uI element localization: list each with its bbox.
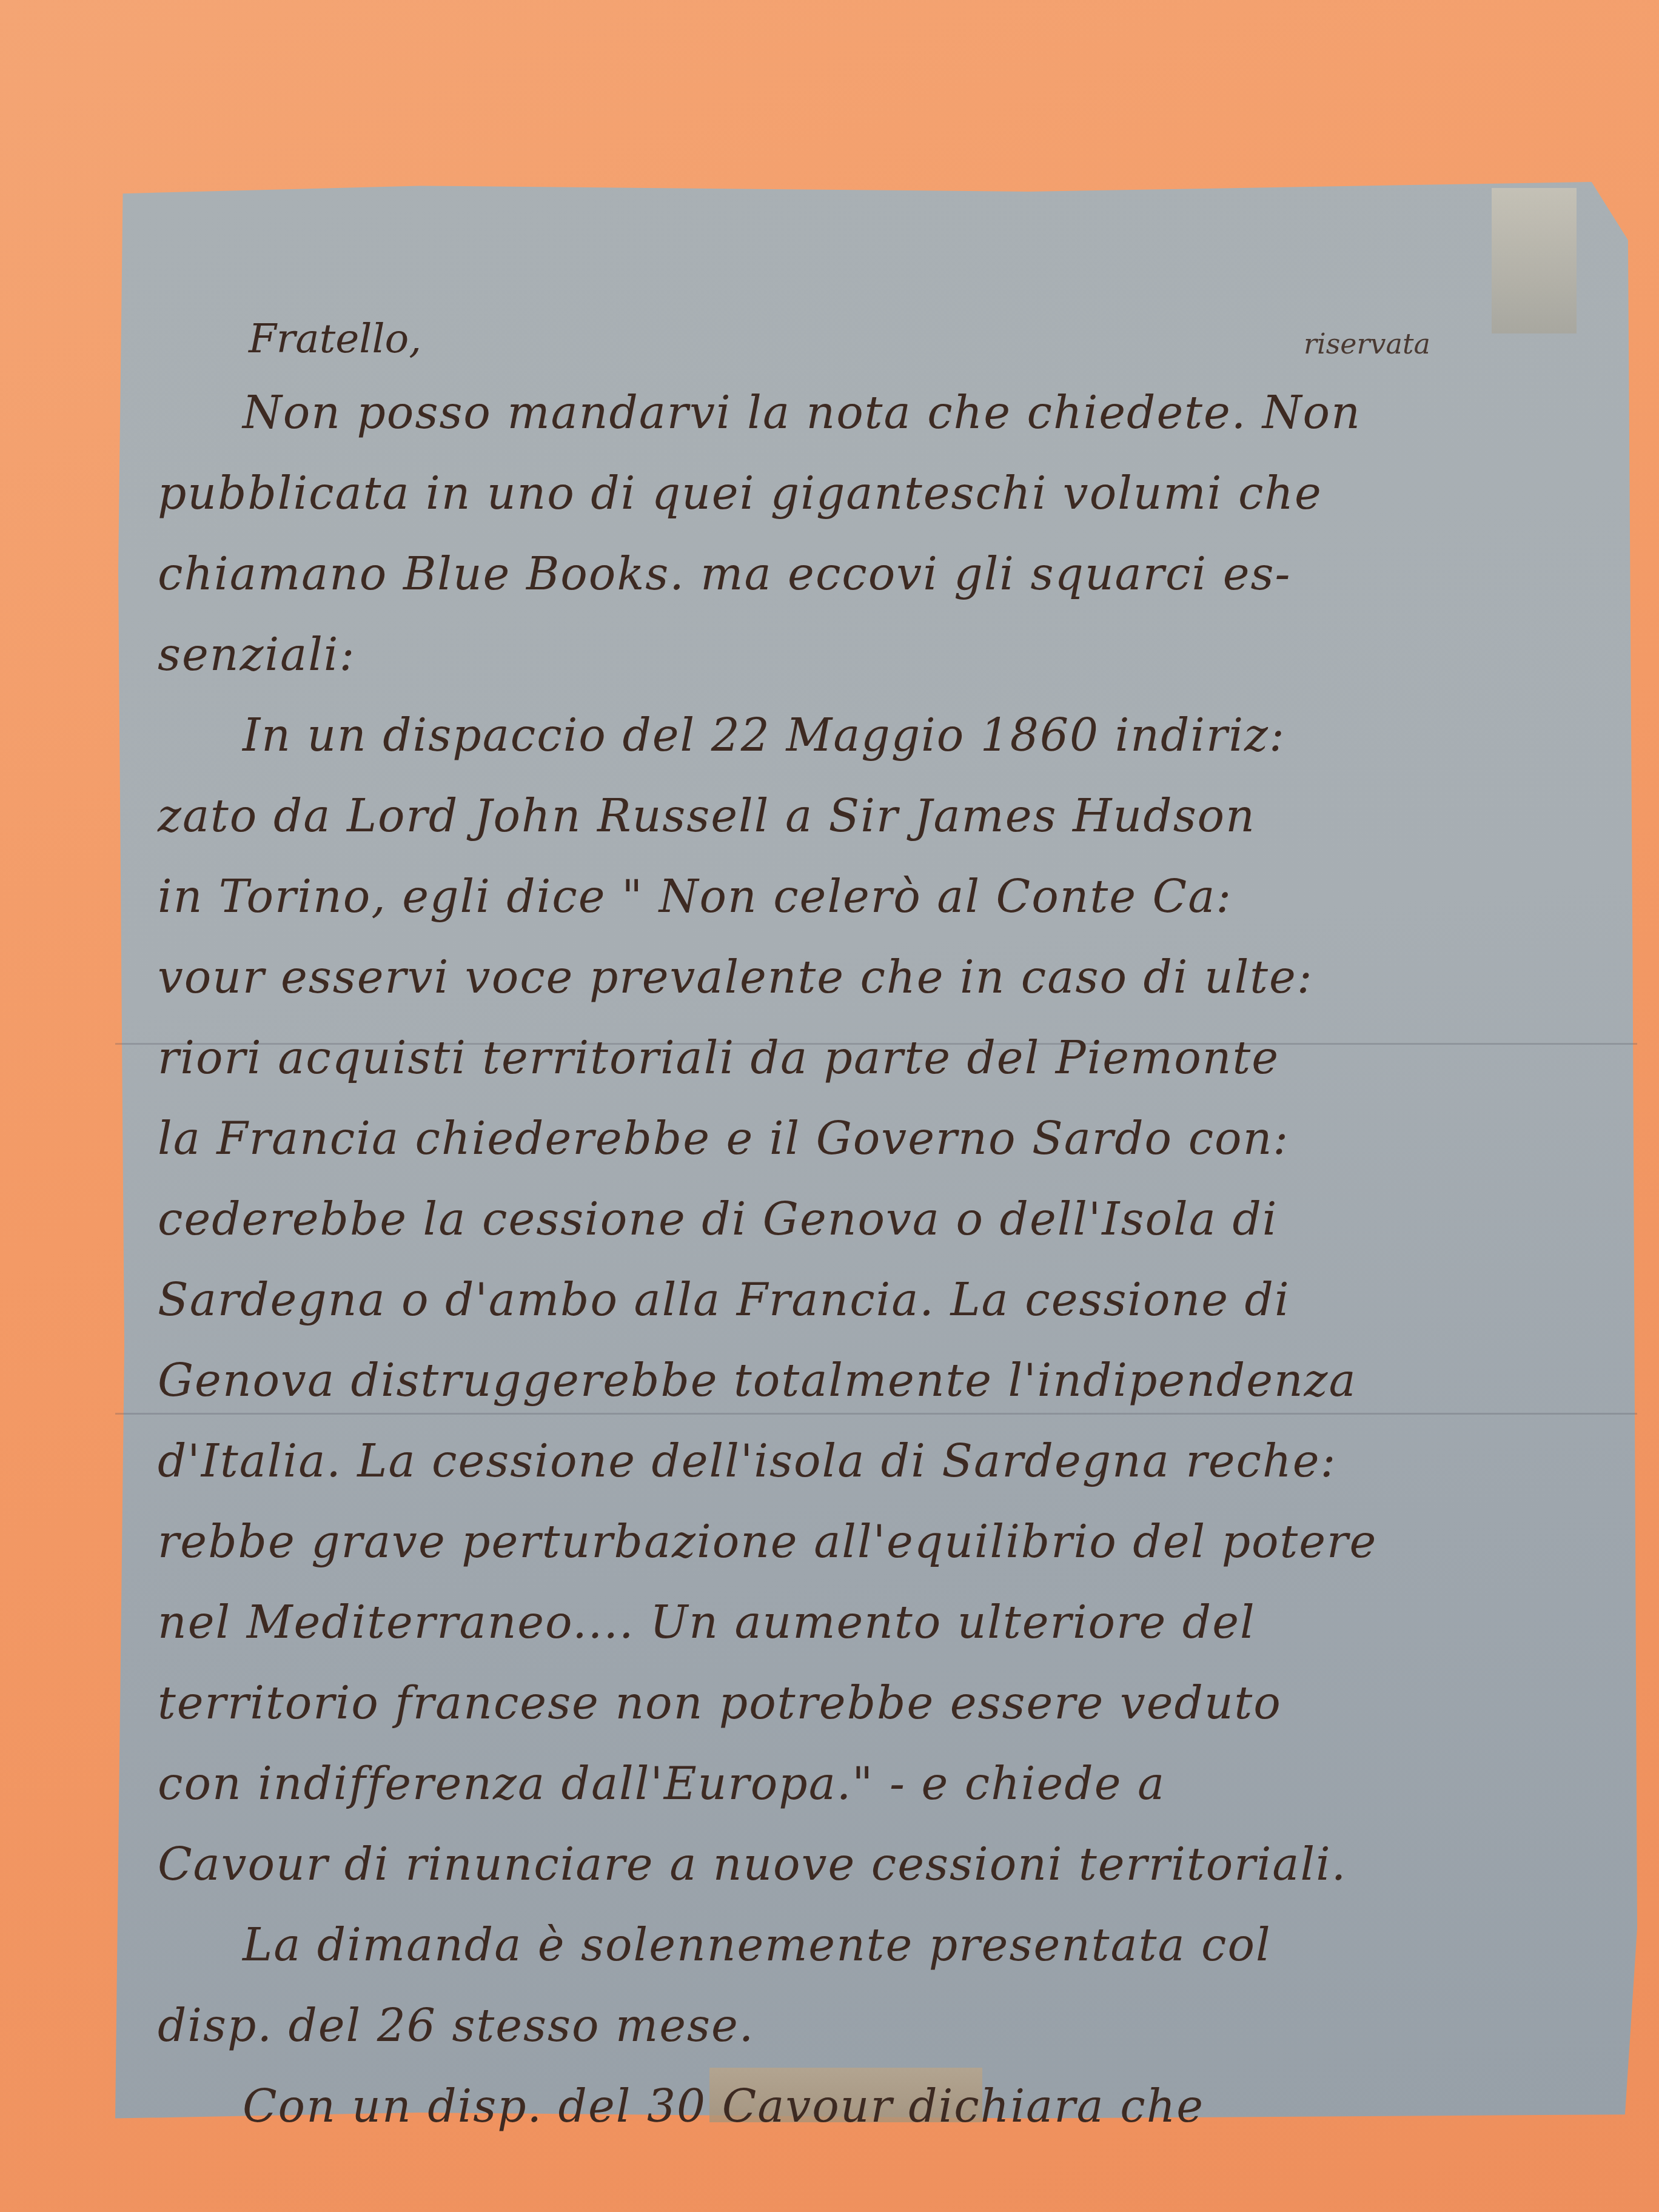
letter-line: vour esservi voce prevalente che in caso… [158,937,1601,1018]
letter-line: pubblicata in uno di quei giganteschi vo… [158,454,1601,534]
salutation: Fratello, [249,315,1601,362]
letter-line: Con un disp. del 30 Cavour dichiara che [158,2066,1601,2147]
letter-line: nel Mediterraneo.... Un aumento ulterior… [158,1583,1601,1663]
letter-line: riori acquisti territoriali da parte del… [158,1018,1601,1099]
letter-line: la Francia chiederebbe e il Governo Sard… [158,1099,1601,1179]
letter-body: Fratello, Non posso mandarvi la nota che… [158,315,1601,2147]
letter-lines: Non posso mandarvi la nota che chiedete.… [158,373,1601,2147]
letter-line: cederebbe la cessione di Genova o dell'I… [158,1179,1601,1260]
letter-line: Sardegna o d'ambo alla Francia. La cessi… [158,1260,1601,1341]
letter-line: In un dispaccio del 22 Maggio 1860 indir… [158,695,1601,776]
letter-line: d'Italia. La cessione dell'isola di Sard… [158,1421,1601,1502]
letter-line: disp. del 26 stesso mese. [158,1986,1601,2066]
tape-top-right [1492,188,1577,333]
letter-line: zato da Lord John Russell a Sir James Hu… [158,776,1601,857]
letter-line: in Torino, egli dice " Non celerò al Con… [158,857,1601,937]
letter-line: Non posso mandarvi la nota che chiedete.… [158,373,1601,454]
letter-line: La dimanda è solennemente presentata col [158,1905,1601,1986]
letter-line: Cavour di rinunciare a nuove cessioni te… [158,1825,1601,1905]
letter-line: senziali: [158,615,1601,695]
letter-line: con indifferenza dall'Europa." - e chied… [158,1744,1601,1825]
letter-line: rebbe grave perturbazione all'equilibrio… [158,1502,1601,1583]
letter-line: territorio francese non potrebbe essere … [158,1663,1601,1744]
letter-line: chiamano Blue Books. ma eccovi gli squar… [158,534,1601,615]
letter-line: Genova distruggerebbe totalmente l'indip… [158,1341,1601,1421]
